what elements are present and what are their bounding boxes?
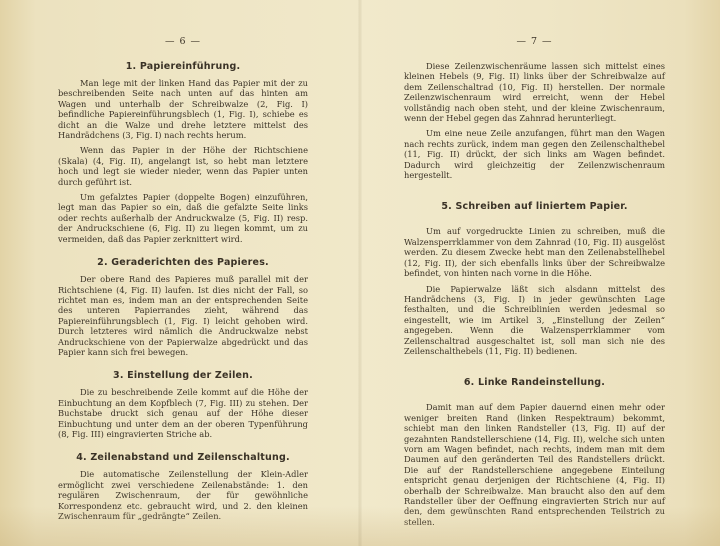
- page-number: — 6 —: [58, 36, 308, 47]
- paragraph: Um gefalztes Papier (doppelte Bogen) ein…: [58, 192, 308, 244]
- booklet-spread: — 6 — 1. Papiereinführung. Man lege mit …: [0, 0, 720, 546]
- paragraph: Wenn das Papier in der Höhe der Richtsch…: [58, 145, 308, 187]
- section-heading: 1. Papiereinführung.: [58, 61, 308, 72]
- paragraph: Damit man auf dem Papier dauernd einen m…: [404, 402, 665, 527]
- paragraph: Die Papierwalze läßt sich alsdann mittel…: [404, 284, 665, 357]
- section-heading: 6. Linke Randeinstellung.: [404, 377, 665, 388]
- section-heading: 3. Einstellung der Zeilen.: [58, 370, 308, 381]
- right-page: — 7 — Diese Zeilenzwischenräume lassen s…: [360, 0, 720, 546]
- paragraph: Diese Zeilenzwischenräume lassen sich mi…: [404, 61, 665, 123]
- section-heading: 5. Schreiben auf liniertem Papier.: [404, 201, 665, 212]
- page-number: — 7 —: [404, 36, 665, 47]
- paragraph: Der obere Rand des Papieres muß parallel…: [58, 274, 308, 357]
- paragraph: Die zu beschreibende Zeile kommt auf die…: [58, 387, 308, 439]
- paragraph: Man lege mit der linken Hand das Papier …: [58, 78, 308, 140]
- center-fold: [358, 0, 362, 546]
- section-heading: 4. Zeilenabstand und Zeilenschaltung.: [58, 452, 308, 463]
- left-page: — 6 — 1. Papiereinführung. Man lege mit …: [0, 0, 360, 546]
- paragraph: Um auf vorgedruckte Linien zu schreiben,…: [404, 226, 665, 278]
- paragraph: Um eine neue Zeile anzufangen, führt man…: [404, 128, 665, 180]
- paragraph: Die automatische Zeilenstellung der Klei…: [58, 469, 308, 521]
- section-heading: 2. Geraderichten des Papieres.: [58, 257, 308, 268]
